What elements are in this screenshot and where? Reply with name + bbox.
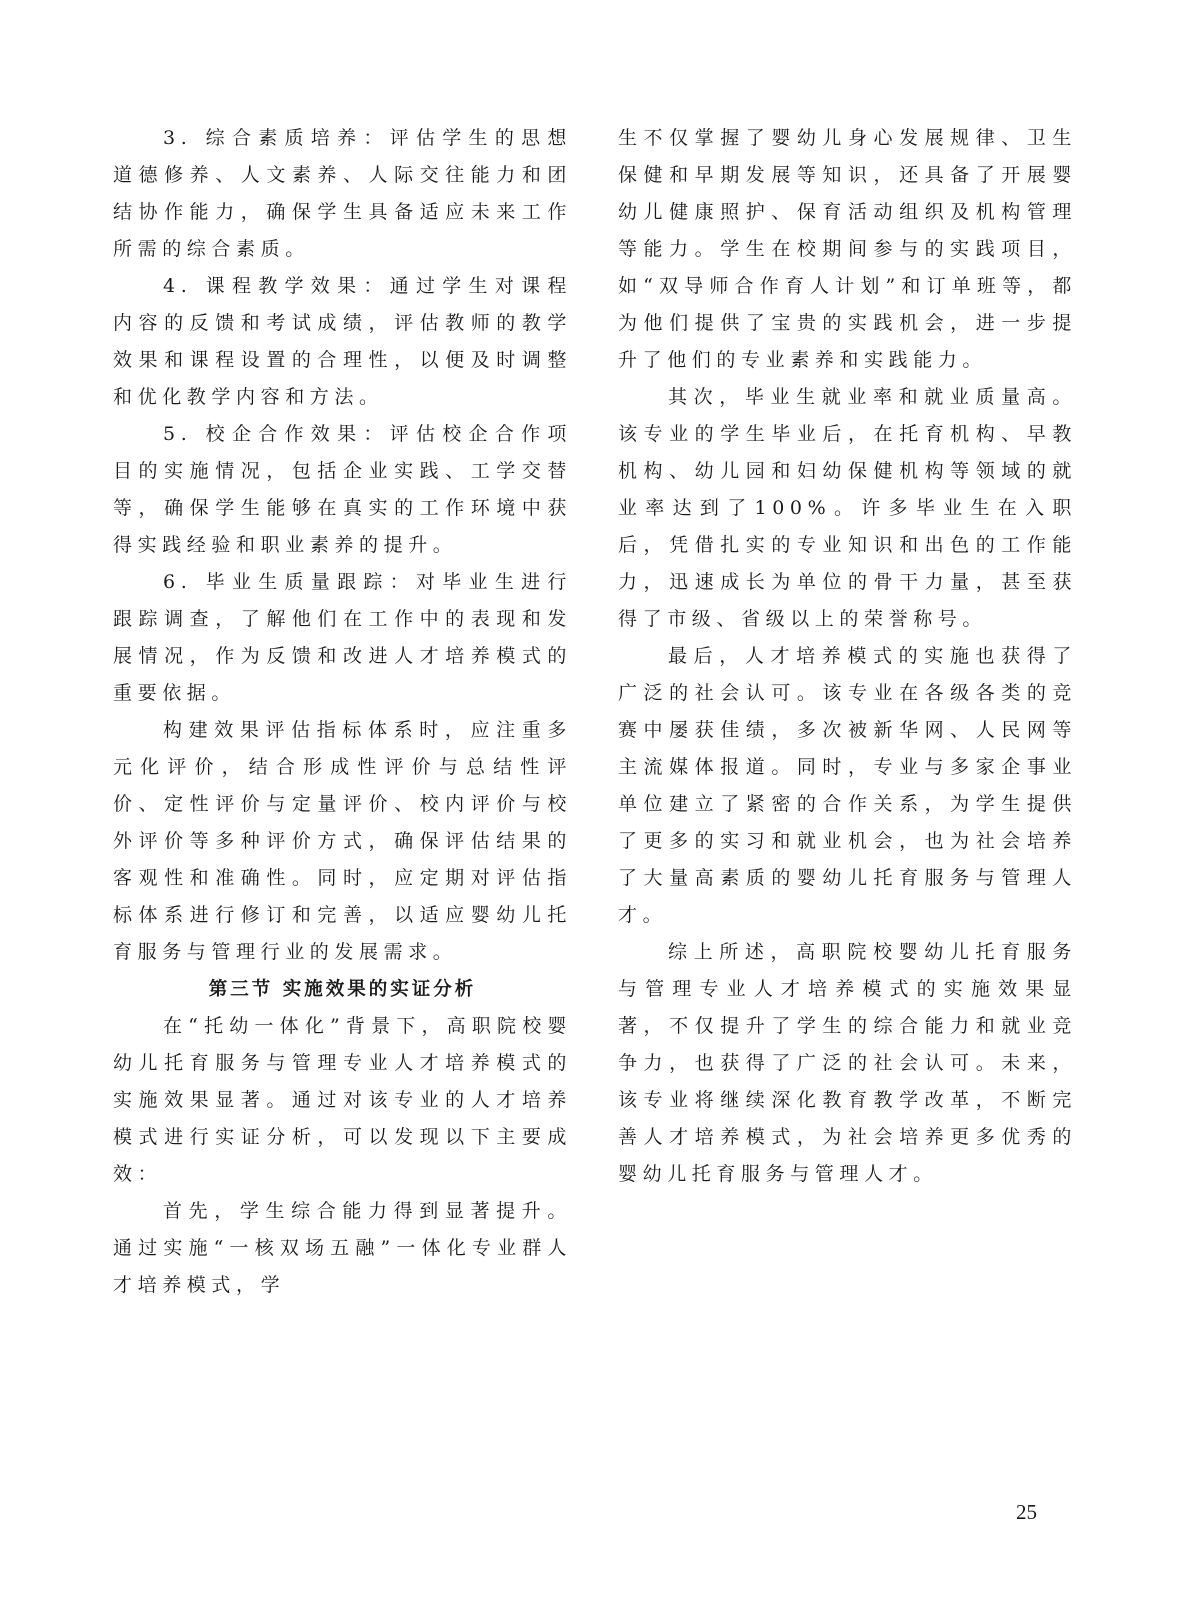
- paragraph-comprehensive-quality: 3. 综合素质培养：评估学生的思想道德修养、人文素养、人际交往能力和团结协作能力…: [113, 120, 572, 268]
- paragraph-conclusion: 综上所述，高职院校婴幼儿托育服务与管理专业人才培养模式的实施效果显著，不仅提升了…: [618, 934, 1077, 1193]
- paragraph-course-teaching-effect: 4. 课程教学效果：通过学生对课程内容的反馈和考试成绩，评估教师的教学效果和课程…: [113, 268, 572, 416]
- paragraph-employment-rate: 其次，毕业生就业率和就业质量高。该专业的学生毕业后，在托育机构、早教机构、幼儿园…: [618, 379, 1077, 638]
- right-column: 生不仅掌握了婴幼儿身心发展规律、卫生保健和早期发展等知识，还具备了开展婴幼儿健康…: [618, 120, 1077, 1193]
- paragraph-graduate-tracking: 6. 毕业生质量跟踪：对毕业生进行跟踪调查，了解他们在工作中的表现和发展情况，作…: [113, 564, 572, 712]
- paragraph-social-recognition: 最后，人才培养模式的实施也获得了广泛的社会认可。该专业在各级各类的竞赛中屡获佳绩…: [618, 638, 1077, 934]
- paragraph-first-outcome: 首先，学生综合能力得到显著提升。通过实施“一核双场五融”一体化专业群人才培养模式…: [113, 1193, 572, 1304]
- paragraph-evaluation-system: 构建效果评估指标体系时，应注重多元化评价，结合形成性评价与总结性评价、定性评价与…: [113, 712, 572, 971]
- paragraph-section-intro: 在“托幼一体化”背景下，高职院校婴幼儿托育服务与管理专业人才培养模式的实施效果显…: [113, 1008, 572, 1193]
- section-heading: 第三节 实施效果的实证分析: [113, 971, 572, 1008]
- paragraph-school-enterprise-cooperation: 5. 校企合作效果：评估校企合作项目的实施情况，包括企业实践、工学交替等，确保学…: [113, 416, 572, 564]
- page-number: 25: [1016, 1500, 1037, 1525]
- paragraph-first-outcome-continued: 生不仅掌握了婴幼儿身心发展规律、卫生保健和早期发展等知识，还具备了开展婴幼儿健康…: [618, 120, 1077, 379]
- left-column: 3. 综合素质培养：评估学生的思想道德修养、人文素养、人际交往能力和团结协作能力…: [113, 120, 572, 1304]
